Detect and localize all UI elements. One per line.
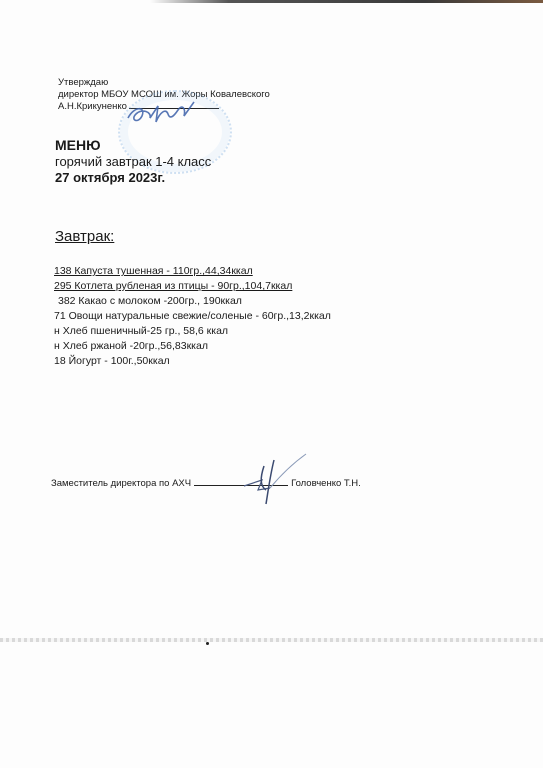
breakfast-heading: Завтрак:	[55, 228, 114, 245]
menu-item: 382 Какао с молоком -200гр., 190ккал	[54, 294, 331, 309]
director-signature-icon	[124, 98, 214, 128]
menu-date: 27 октября 2023г.	[55, 170, 211, 186]
menu-item: н Хлеб пшеничный-25 гр., 58,6 ккал	[54, 324, 331, 339]
scan-edge-artifact	[150, 0, 543, 3]
deputy-signature-icon	[240, 452, 310, 512]
menu-item: 138 Капуста тушенная - 110гр.,44,34ккал	[54, 264, 331, 279]
menu-title: МЕНЮ	[55, 137, 211, 154]
scanned-document-page: Утверждаю директор МБОУ МСОШ им. Жоры Ко…	[0, 0, 543, 768]
menu-item: н Хлеб ржаной -20гр.,56,83ккал	[54, 339, 331, 354]
menu-header: МЕНЮ горячий завтрак 1-4 класс 27 октябр…	[55, 137, 211, 186]
menu-items-list: 138 Капуста тушенная - 110гр.,44,34ккал …	[54, 264, 331, 369]
menu-subtitle: горячий завтрак 1-4 класс	[55, 154, 211, 170]
deputy-position: Заместитель директора по АХЧ	[51, 478, 191, 489]
scan-speck	[206, 642, 209, 645]
approval-signer-name: А.Н.Крикуненко	[58, 101, 127, 112]
menu-item: 71 Овощи натуральные свежие/соленые - 60…	[54, 309, 331, 324]
approval-label: Утверждаю	[58, 77, 270, 89]
deputy-signature-block: Заместитель директора по АХЧГоловченко Т…	[51, 478, 361, 489]
menu-item: 295 Котлета рубленая из птицы - 90гр.,10…	[54, 279, 331, 294]
scan-fold-artifact	[0, 638, 543, 642]
menu-item: 18 Йогурт - 100г.,50ккал	[54, 354, 331, 369]
